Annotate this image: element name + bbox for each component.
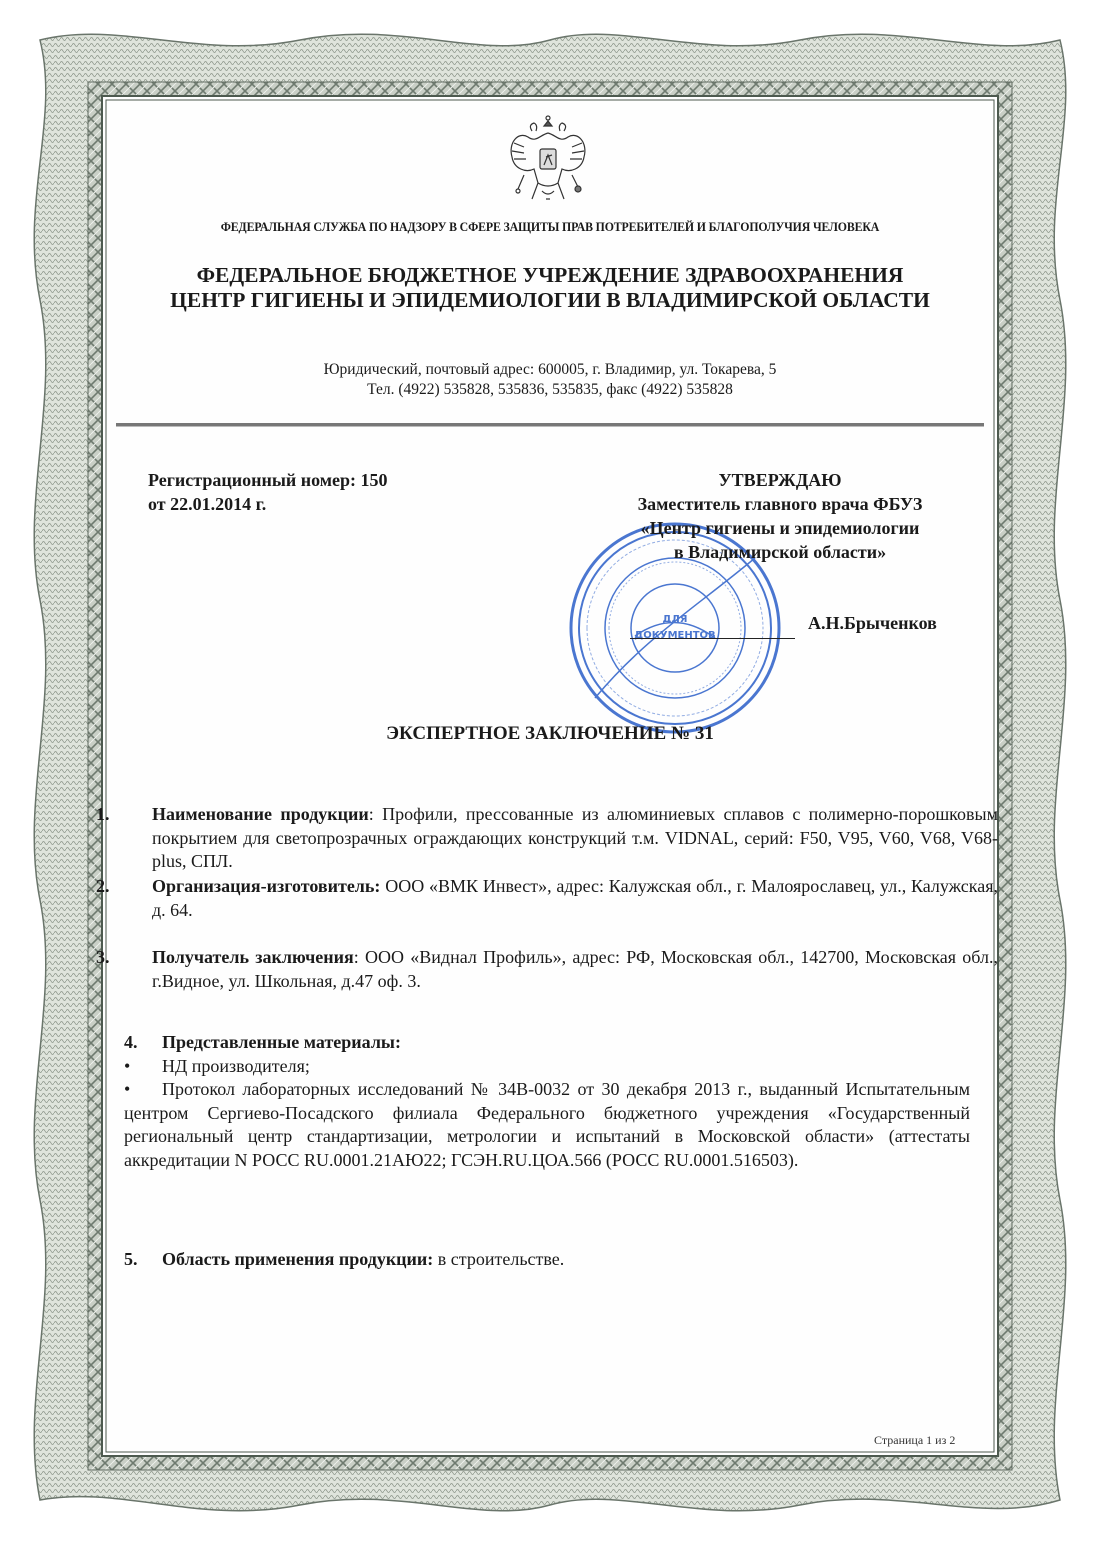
russian-coat-of-arms-icon: [498, 113, 598, 208]
section-label: Организация-изготовитель:: [152, 876, 380, 896]
list-item: •Протокол лабораторных исследований № 34…: [124, 1078, 970, 1172]
section-label: Область применения продукции:: [162, 1249, 433, 1269]
registration-block: Регистрационный номер: 150 от 22.01.2014…: [148, 468, 388, 516]
approver-org-line-1: «Центр гигиены и эпидемиологии: [580, 516, 980, 540]
registration-number: Регистрационный номер: 150: [148, 468, 388, 492]
section-number: 1.: [124, 803, 152, 827]
document-title: ЭКСПЕРТНОЕ ЗАКЛЮЧЕНИЕ № 31: [110, 723, 990, 745]
section-number: 5.: [124, 1248, 162, 1272]
section-recipient: 3.Получатель заключения: ООО «Виднал Про…: [124, 946, 998, 993]
institution-contacts: Юридический, почтовый адрес: 600005, г. …: [110, 360, 990, 400]
svg-text:ДОКУМЕНТОВ: ДОКУМЕНТОВ: [634, 630, 715, 641]
list-item-text: Протокол лабораторных исследований № 34В…: [124, 1079, 970, 1170]
section-text: в строительстве.: [438, 1249, 565, 1269]
list-item-text: НД производителя;: [150, 1056, 310, 1076]
section-manufacturer: 2.Организация-изготовитель: ООО «ВМК Инв…: [124, 875, 998, 922]
section-label: Получатель заключения: [152, 947, 354, 967]
section-number: 3.: [124, 946, 152, 970]
section-separator: :: [369, 804, 382, 824]
page-number: Страница 1 из 2: [874, 1433, 955, 1448]
institution-line-1: ФЕДЕРАЛЬНОЕ БЮДЖЕТНОЕ УЧРЕЖДЕНИЕ ЗДРАВОО…: [110, 263, 990, 288]
bullet-icon: •: [124, 1055, 150, 1079]
approver-title: Заместитель главного врача ФБУЗ: [580, 492, 980, 516]
section-number: 4.: [124, 1031, 162, 1055]
header-divider: [116, 423, 984, 427]
approval-block: УТВЕРЖДАЮ Заместитель главного врача ФБУ…: [580, 468, 980, 564]
section-product-name: 1.Наименование продукции: Профили, пресс…: [124, 803, 998, 874]
institution-line-2: ЦЕНТР ГИГИЕНЫ И ЭПИДЕМИОЛОГИИ В ВЛАДИМИР…: [110, 288, 990, 313]
list-item: •НД производителя;: [124, 1055, 970, 1079]
document-page: ФЕДЕРАЛЬНАЯ СЛУЖБА ПО НАДЗОРУ В СФЕРЕ ЗА…: [110, 103, 990, 1448]
approval-heading: УТВЕРЖДАЮ: [580, 468, 980, 492]
address: Юридический, почтовый адрес: 600005, г. …: [110, 360, 990, 380]
section-label: Представленные материалы:: [162, 1032, 401, 1052]
phones: Тел. (4922) 535828, 535836, 535835, факс…: [110, 380, 990, 400]
signature-line: [630, 638, 795, 639]
agency-name: ФЕДЕРАЛЬНАЯ СЛУЖБА ПО НАДЗОРУ В СФЕРЕ ЗА…: [136, 220, 963, 235]
approver-org-line-2: в Владимирской области»: [580, 540, 980, 564]
signer-name: А.Н.Брыченков: [808, 611, 937, 635]
section-separator: :: [354, 947, 365, 967]
svg-text:ДЛЯ: ДЛЯ: [663, 614, 688, 625]
registration-date: от 22.01.2014 г.: [148, 492, 388, 516]
section-number: 2.: [124, 875, 152, 899]
bullet-icon: •: [124, 1078, 150, 1102]
section-materials: 4.Представленные материалы: •НД производ…: [124, 1031, 970, 1172]
section-application-area: 5.Область применения продукции: в строит…: [124, 1248, 970, 1272]
institution-name: ФЕДЕРАЛЬНОЕ БЮДЖЕТНОЕ УЧРЕЖДЕНИЕ ЗДРАВОО…: [110, 263, 990, 313]
section-label: Наименование продукции: [152, 804, 369, 824]
